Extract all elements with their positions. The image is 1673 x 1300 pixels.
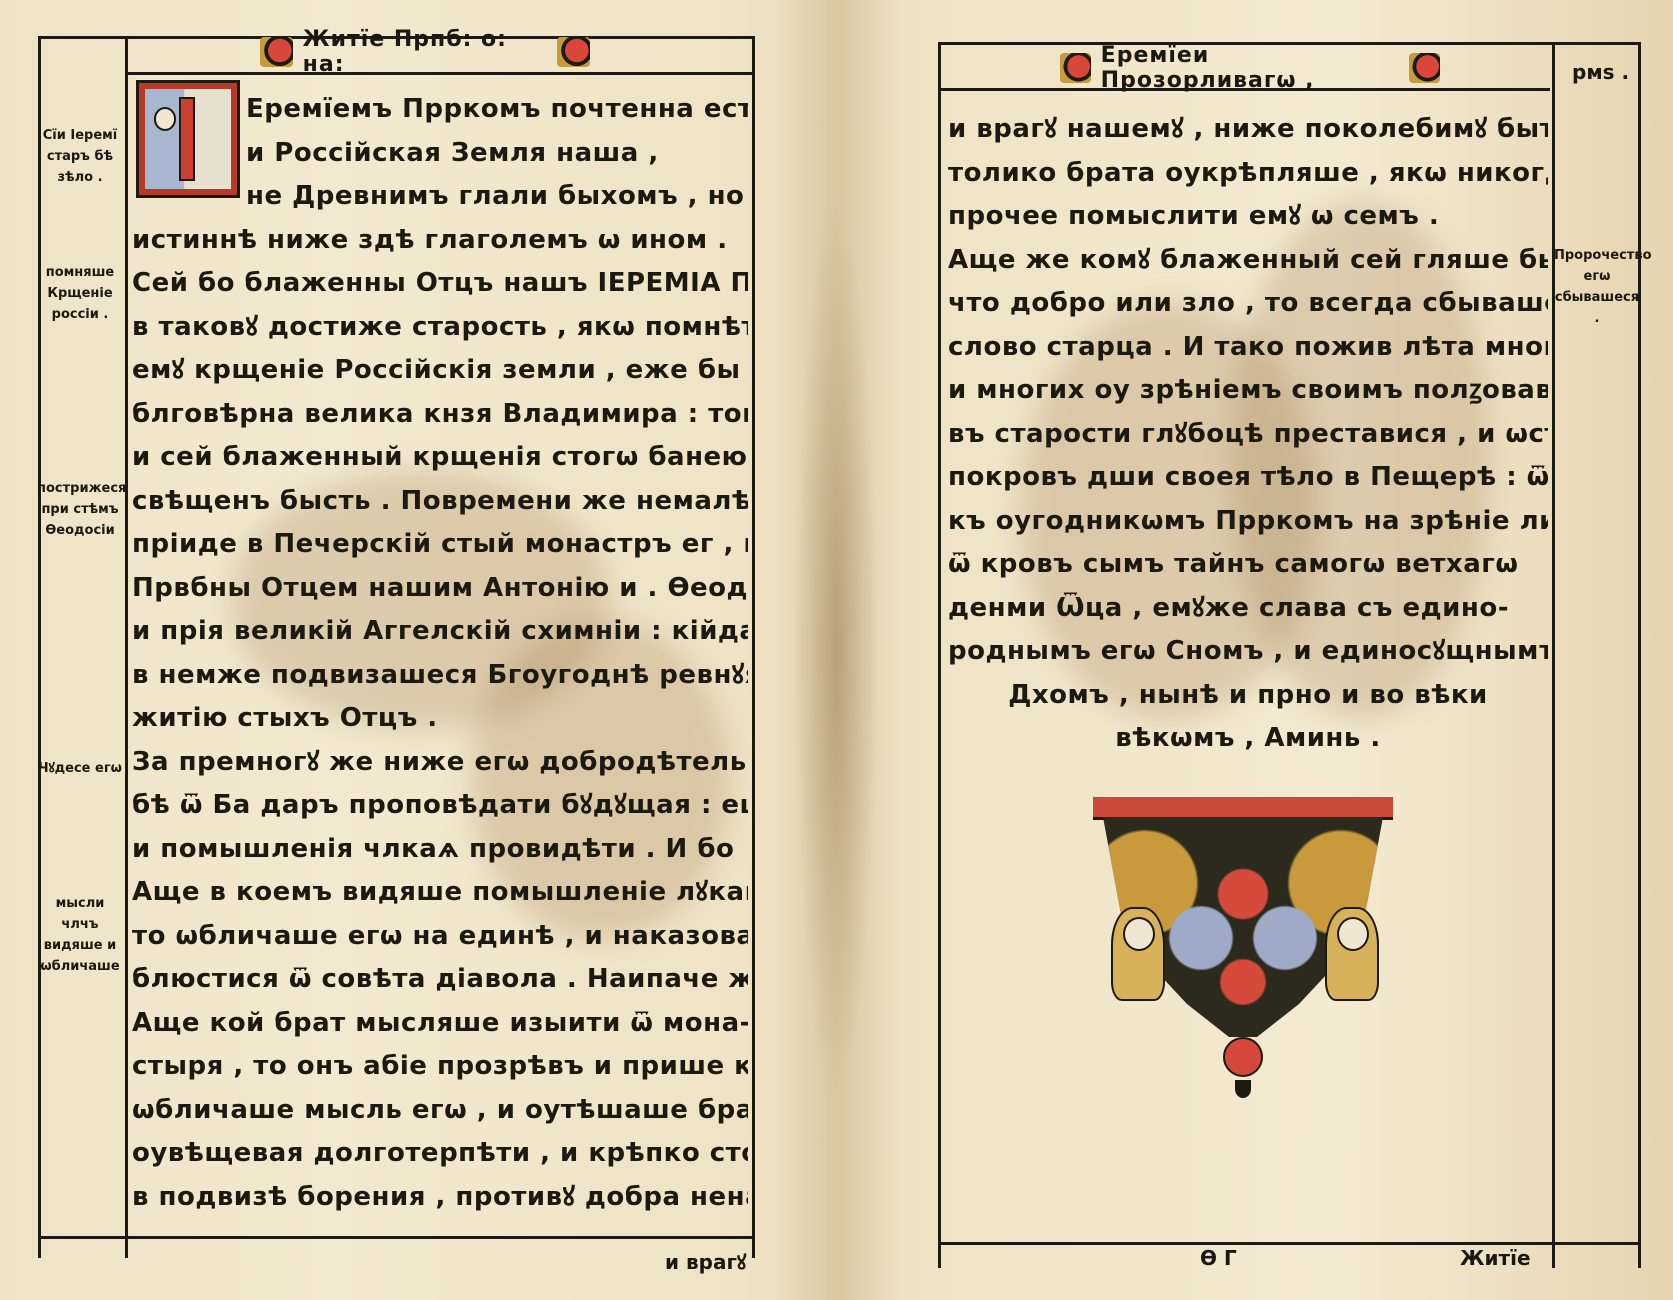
catchword: Житїе [1460,1246,1531,1270]
running-header: Житїе Прпб: о: на: [260,34,590,70]
outer-rule [38,36,41,1258]
margin-note: пострижеся при стѣмъ Ѳеодосiи [37,478,123,541]
signature-mark: Ѳ Г [1200,1246,1237,1270]
text-line: в немже подвизашеся Бгоугоднѣ ревнꙋя [132,654,748,698]
text-line: въ старости глꙋбоцѣ преставися , и ѡстав… [948,413,1548,457]
text-line: емꙋ крщенiе Россiйскiя земли , еже бы въ… [132,349,748,393]
text-line: в таковꙋ достиже старость , якѡ помнѣти [132,306,748,350]
text-line: вѣкѡмъ , Аминь . [948,717,1548,761]
text-line: прiиде в Печерскiй стый монастръ ег , къ [132,523,748,567]
tailpiece-cornice [1093,797,1393,820]
text-line: житiю стыхъ Отцъ . [132,697,748,741]
text-line: блюстися ѿ совѣта дiавола . Наипаче же [132,958,748,1002]
text-line: бѣ ѿ Ба даръ проповѣдати бꙋдꙋщая : еще ж… [132,784,748,828]
text-line: не Древнимъ глали быхомъ , но по [132,175,748,219]
margin-note: мысли члчъ видяше и ѡбличаше [37,893,123,977]
text-line: оувѣщевая долготерпѣти , и крѣпко стояти [132,1132,748,1176]
text-line: свѣщенъ бысть . Повремени же немалѣ [132,480,748,524]
margin-note: помняше Крщенiе россiи . [37,262,123,325]
margin-note: Сїи Іеремї старъ бѣ зѣло . [37,125,123,188]
text-line: Аще кой брат мысляше изыити ѿ мона- [132,1002,748,1046]
header-title: Еремїеи Прозорливагѡ , [1101,43,1400,93]
text-line: покровъ дши своея тѣло в Пещерѣ : ѿ нде [948,456,1548,500]
outer-rule [1638,42,1641,1268]
margin-note: Пророчество егѡ сбывашеся . [1554,245,1640,329]
text-line: то ѡбличаше егѡ на единѣ , и наказоваше [132,915,748,959]
inner-rule [938,42,941,1268]
text-line: слово старца . И тако пожив лѣта многа , [948,326,1548,370]
text-line: Аще в коемъ видяше помышленiе лꙋкаво , [132,871,748,915]
text-line: денми Ѿца , емꙋже слава съ едино- [948,587,1548,631]
angel-head-icon [1111,907,1165,1001]
text-line: толико брата оукрѣпляше , якѡ никогда же [948,152,1548,196]
margin-rule [1552,42,1555,1268]
text-line: ѡбличаше мысль егѡ , и оутѣшаше брата , [132,1089,748,1133]
inner-rule [752,36,755,1258]
right-text-block: и врагꙋ нашемꙋ , ниже поколебимꙋ быти : … [948,108,1548,761]
text-line: Сей бо блаженны Отцъ нашъ ІЕРЕМІА Печерс… [132,262,748,306]
header-ornament-icon [1060,53,1091,83]
text-line: и врагꙋ нашемꙋ , ниже поколебимꙋ быти : … [948,108,1548,152]
header-ornament-icon [557,37,590,67]
text-line: и помышленiя члкаѧ провидѣти . И бо [132,828,748,872]
pendant-ornament-icon [1223,1037,1263,1097]
catchword: и врагꙋ [665,1248,746,1275]
text-line: Дхомъ , нынѣ и прно и во вѣки [948,674,1548,718]
text-line: къ оугодникѡмъ Прркомъ на зрѣнiе лицемъ [948,500,1548,544]
text-line: Првбны Отцем нашим Антонiю и . Ѳеодосiю … [132,567,748,611]
text-line: За премногꙋ же ниже егѡ добродѣтель , да… [132,741,748,785]
text-line: и многих оу зрѣнiемъ своимъ полꙁовавъ , [948,369,1548,413]
text-line: истиннѣ ниже здѣ глаголемъ ѡ ином . [132,219,748,263]
margin-rule [125,36,128,1258]
margin-note: Чꙋдесе егѡ [37,758,123,779]
text-line: в подвизѣ борения , противꙋ добра ненави… [132,1176,748,1220]
text-line: и прiя великiй Аггелскiй схимнiи : кiйда… [132,610,748,654]
book-spread: Житїе Прпб: о: на: Сїи Іеремї старъ бѣ з… [0,0,1673,1300]
text-line: стыря , то онъ абiе прозрѣвъ и прише къ … [132,1045,748,1089]
text-line: Аще же комꙋ блаженный сей гляше быти [948,239,1548,283]
text-line: ѿ кровъ сымъ тайнъ самогѡ ветхагѡ [948,543,1548,587]
running-header: Еремїеи Прозорливагѡ , [1060,50,1440,86]
text-line: роднымъ егѡ Сномъ , и единосꙋщнымъ [948,630,1548,674]
header-ornament-icon [260,37,293,67]
header-ornament-icon [1409,53,1440,83]
folio-number: рмѕ . [1572,60,1629,84]
text-line: блговѣрна велика кнзя Владимира : тогда … [132,393,748,437]
bottom-rule [38,1236,755,1239]
header-title: Житїе Прпб: о: на: [303,27,548,77]
left-page: Житїе Прпб: о: на: Сїи Іеремї старъ бѣ з… [0,0,820,1300]
ornamental-tailpiece [1093,797,1393,1127]
text-line: и Россiйская Земля наша , [132,132,748,176]
text-line: прочее помыслити емꙋ ѡ семъ . [948,195,1548,239]
text-line: Еремїемъ Прркомъ почтенна ест [132,88,748,132]
text-line: что добро или зло , то всегда сбываше ся [948,282,1548,326]
text-line: и сей блаженный крщенiя стогѡ банею про- [132,436,748,480]
left-text-block: Еремїемъ Прркомъ почтенна ест и Россiйск… [132,88,748,1219]
bottom-rule [938,1242,1640,1245]
angel-head-icon [1325,907,1379,1001]
